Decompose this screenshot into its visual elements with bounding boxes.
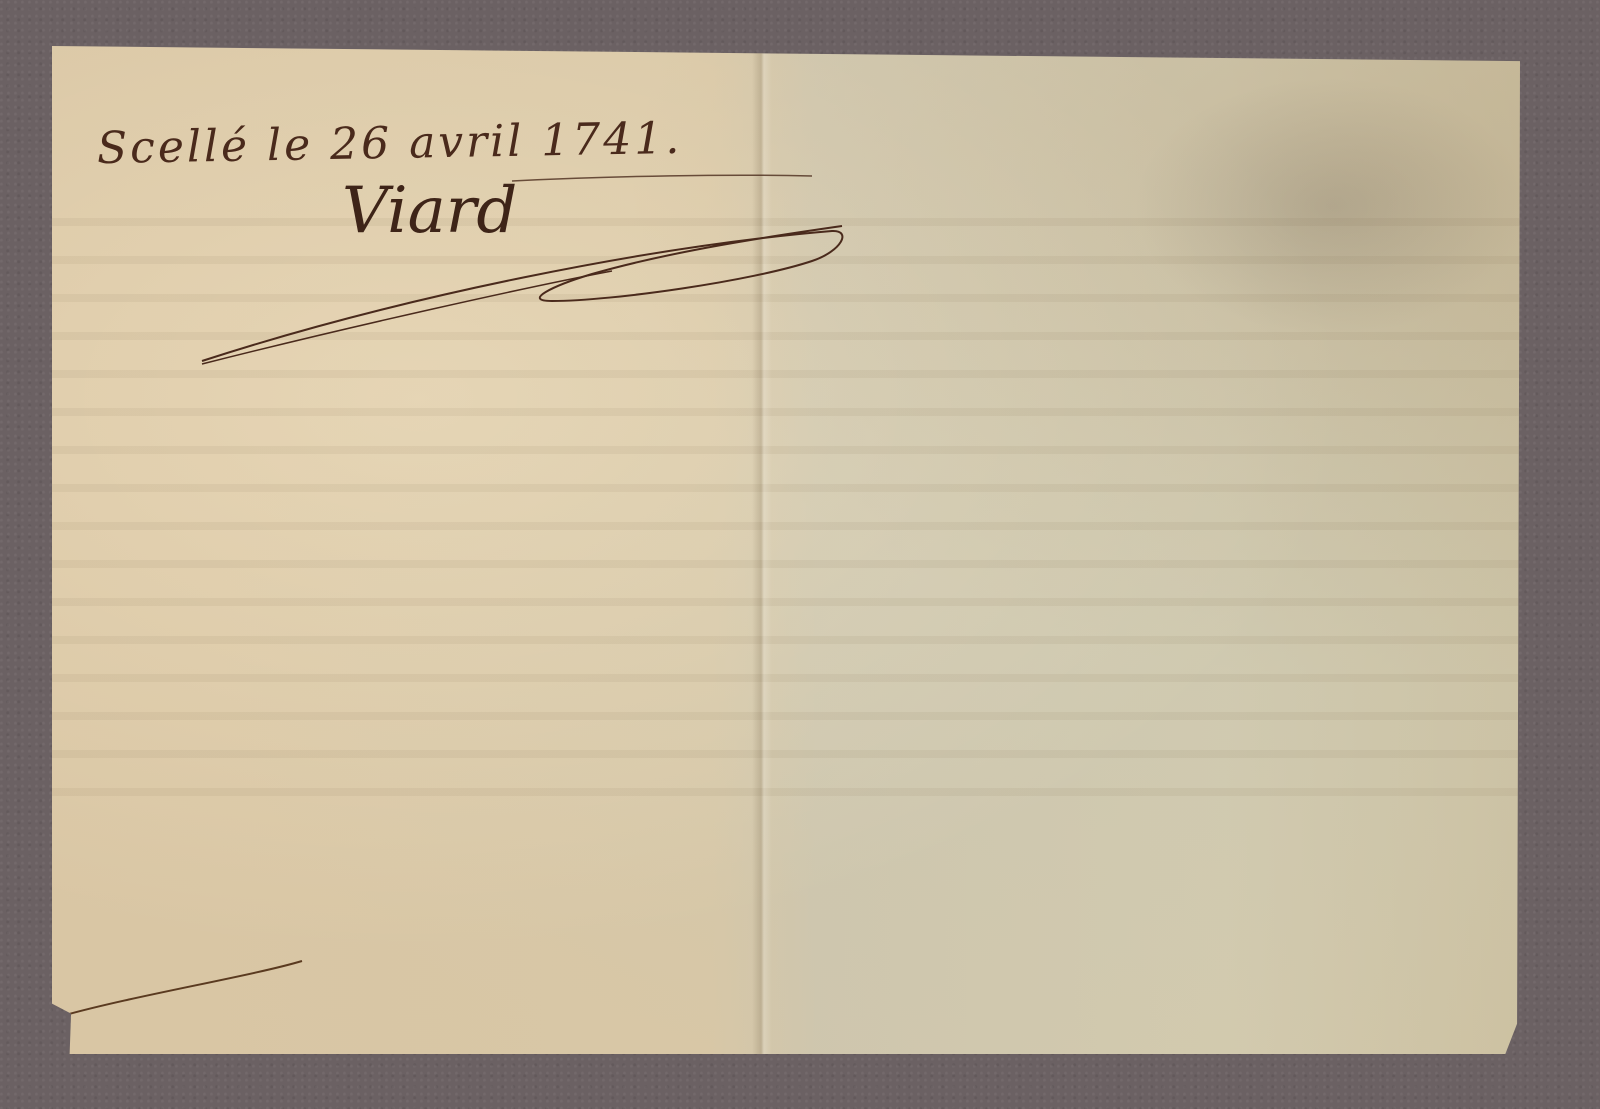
parchment-document: Scellé le 26 avril 1741. Viard (52, 46, 1520, 1054)
tear-mark (52, 46, 1520, 1054)
